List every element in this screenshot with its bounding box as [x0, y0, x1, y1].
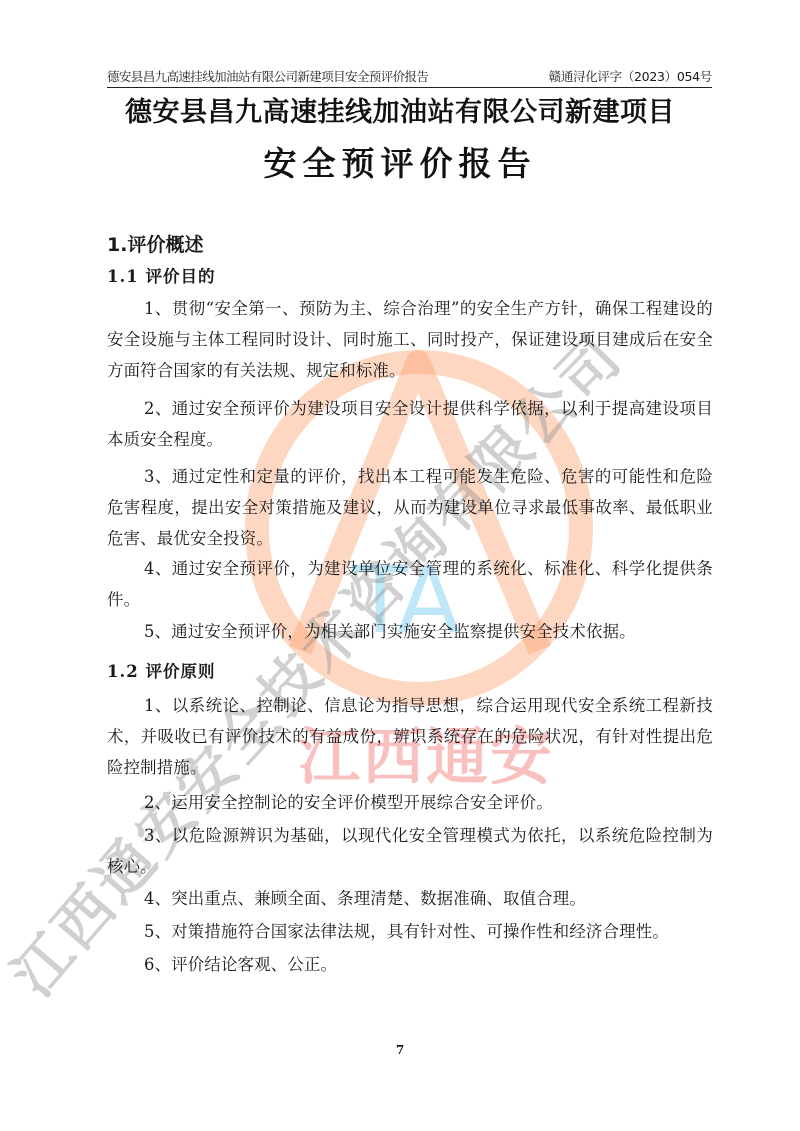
paragraph: 5、通过安全预评价，为相关部门实施安全监察提供安全技术依据。 [107, 616, 713, 647]
header-report-number: 赣通浔化评字（2023）054号 [549, 68, 712, 86]
paragraph: 1、贯彻“安全第一、预防为主、综合治理”的安全生产方针，确保工程建设的安全设施与… [107, 293, 713, 386]
document-page: TA 江西通安 江西通安安全技术咨询有限公司 德安县昌九高速挂线加油站有限公司新… [0, 0, 800, 1131]
paragraph: 3、通过定性和定量的评价，找出本工程可能发生危险、危害的可能性和危险危害程度，提… [107, 461, 713, 554]
subsection-heading-purpose: 1.1 评价目的 [107, 265, 215, 289]
document-title: 德安县昌九高速挂线加油站有限公司新建项目 [0, 95, 800, 131]
paragraph: 4、突出重点、兼顾全面、条理清楚、数据准确、取值合理。 [107, 883, 713, 914]
subsection-heading-principles: 1.2 评价原则 [107, 660, 215, 684]
page-content: 德安县昌九高速挂线加油站有限公司新建项目安全预评价报告 赣通浔化评字（2023）… [0, 0, 800, 1131]
paragraph: 4、通过安全预评价，为建设单位安全管理的系统化、标准化、科学化提供条件。 [107, 553, 713, 615]
paragraph: 5、对策措施符合国家法律法规，具有针对性、可操作性和经济合理性。 [107, 916, 713, 947]
header-report-title: 德安县昌九高速挂线加油站有限公司新建项目安全预评价报告 [107, 68, 428, 86]
running-header: 德安县昌九高速挂线加油站有限公司新建项目安全预评价报告 赣通浔化评字（2023）… [107, 68, 712, 86]
paragraph: 6、评价结论客观、公正。 [107, 949, 713, 980]
paragraph: 2、运用安全控制论的安全评价模型开展综合安全评价。 [107, 787, 713, 818]
paragraph: 2、通过安全预评价为建设项目安全设计提供科学依据，以利于提高建设项目本质安全程度… [107, 393, 713, 455]
section-heading: 1.评价概述 [107, 232, 203, 258]
paragraph: 1、以系统论、控制论、信息论为指导思想，综合运用现代安全系统工程新技术，并吸收已… [107, 690, 713, 783]
paragraph: 3、以危险源辨识为基础，以现代化安全管理模式为依托，以系统危险控制为核心。 [107, 820, 713, 882]
page-number: 7 [0, 1043, 800, 1057]
header-divider [107, 87, 712, 88]
document-subtitle: 安全预评价报告 [0, 142, 800, 186]
